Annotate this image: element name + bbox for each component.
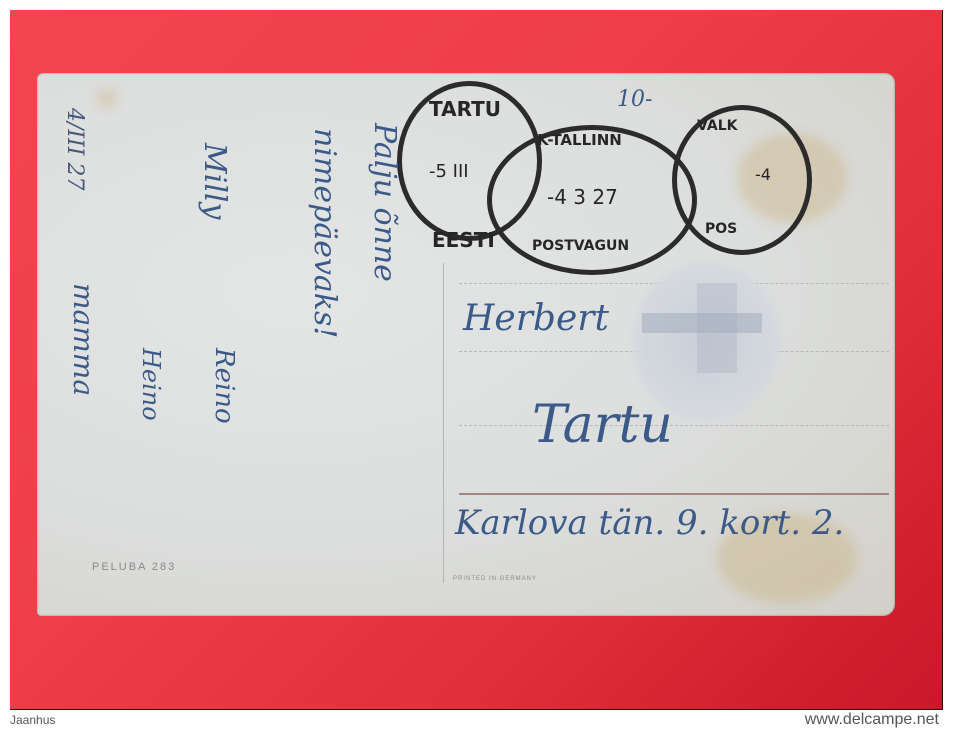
recipient-name: Herbert [463,298,609,339]
postmark-postvagun-date: -4 3 27 [547,185,618,209]
message-line: nimepäevaks! [307,128,342,338]
address-line [459,425,889,426]
watermark-site: www.delcampe.net [805,711,939,729]
postmark-tartu-bottom: EESTI [432,228,495,252]
printed-in-germany: PRINTED IN GERMANY [453,576,537,582]
postcard: TARTU EESTI -5 III K-TALLINN POSTVAGUN -… [37,73,895,616]
publisher-imprint: PELUBA 283 [92,561,176,573]
age-stain [97,88,117,108]
message-line: Milly [197,143,232,219]
postmark-valk-date: -4 [755,165,771,184]
message-line: Heino [137,348,165,421]
message-line: 4/III 27 [62,108,87,190]
postmark-valk-top: VALK [697,118,738,134]
center-divider [443,263,444,583]
watermark-author: Jaanhus [10,713,55,727]
postmark-valk [672,105,812,255]
message-line: mamma [67,283,100,396]
message-line: Palju õnne [367,123,402,282]
postmark-postvagun-top: K-TALLINN [537,131,622,149]
address-line [459,493,889,495]
recipient-city: Tartu [532,395,673,455]
postmark-tartu-top: TARTU [429,97,501,121]
postmark-postvagun-bottom: POSTVAGUN [532,238,629,254]
postmark-valk-bottom: POS [705,221,737,237]
postmark-tartu-date: -5 III [429,161,469,182]
pixelated-block [697,283,737,373]
message-line: Reino [209,348,239,424]
price-note: 10- [617,87,652,112]
recipient-street: Karlova tän. 9. kort. 2. [455,503,844,543]
